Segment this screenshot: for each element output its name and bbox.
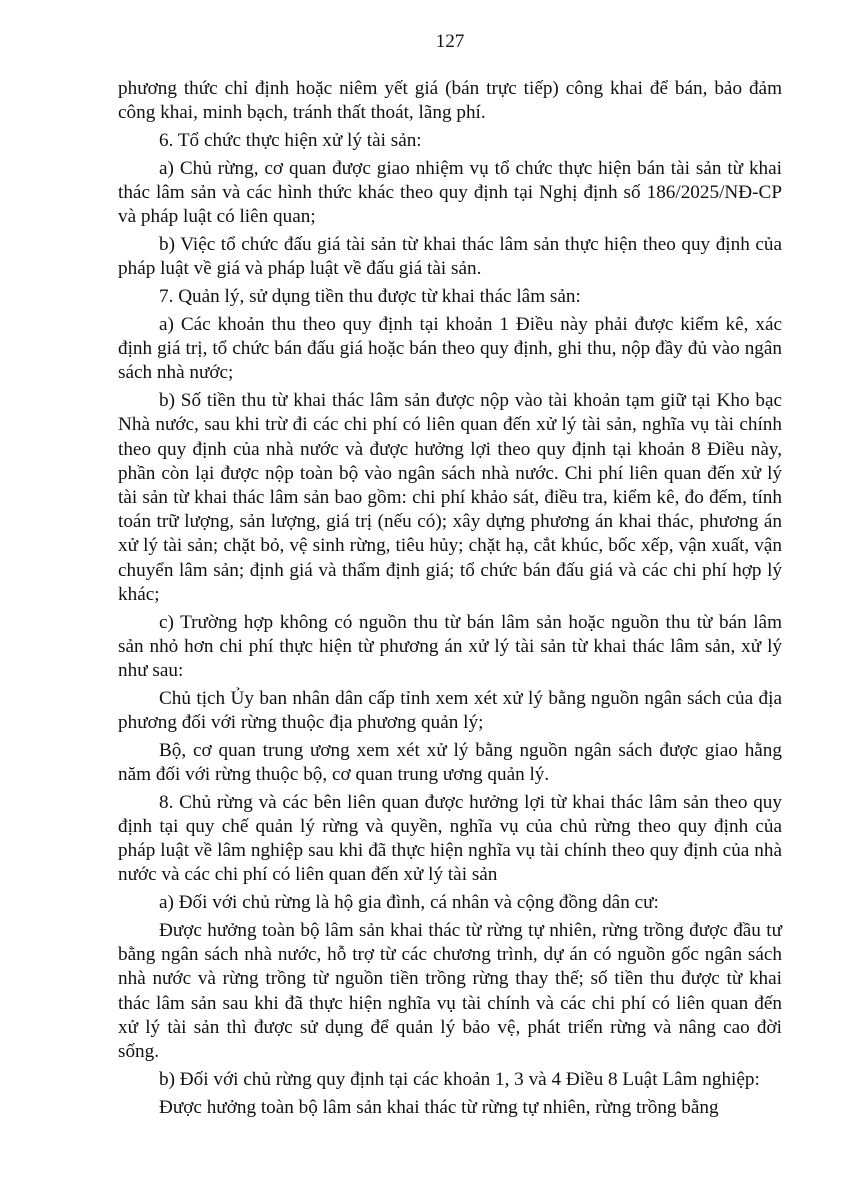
page-number: 127 (118, 30, 782, 54)
paragraph: 8. Chủ rừng và các bên liên quan được hư… (118, 791, 782, 888)
paragraph: phương thức chỉ định hoặc niêm yết giá (… (118, 77, 782, 125)
paragraph: a) Chủ rừng, cơ quan được giao nhiệm vụ … (118, 157, 782, 230)
paragraph: b) Đối với chủ rừng quy định tại các kho… (118, 1068, 782, 1092)
paragraph: b) Việc tổ chức đấu giá tài sản từ khai … (118, 233, 782, 281)
document-body: phương thức chỉ định hoặc niêm yết giá (… (118, 77, 782, 1120)
paragraph: b) Số tiền thu từ khai thác lâm sản được… (118, 389, 782, 607)
paragraph: Chủ tịch Ủy ban nhân dân cấp tỉnh xem xé… (118, 687, 782, 735)
paragraph: Bộ, cơ quan trung ương xem xét xử lý bằn… (118, 739, 782, 787)
paragraph: c) Trường hợp không có nguồn thu từ bán … (118, 611, 782, 684)
paragraph: Được hưởng toàn bộ lâm sản khai thác từ … (118, 919, 782, 1064)
paragraph: a) Các khoản thu theo quy định tại khoản… (118, 313, 782, 386)
paragraph: 7. Quản lý, sử dụng tiền thu được từ kha… (118, 285, 782, 309)
paragraph: 6. Tổ chức thực hiện xử lý tài sản: (118, 129, 782, 153)
document-page: 127 phương thức chỉ định hoặc niêm yết g… (118, 30, 782, 1123)
paragraph: Được hưởng toàn bộ lâm sản khai thác từ … (118, 1096, 782, 1120)
paragraph: a) Đối với chủ rừng là hộ gia đình, cá n… (118, 891, 782, 915)
